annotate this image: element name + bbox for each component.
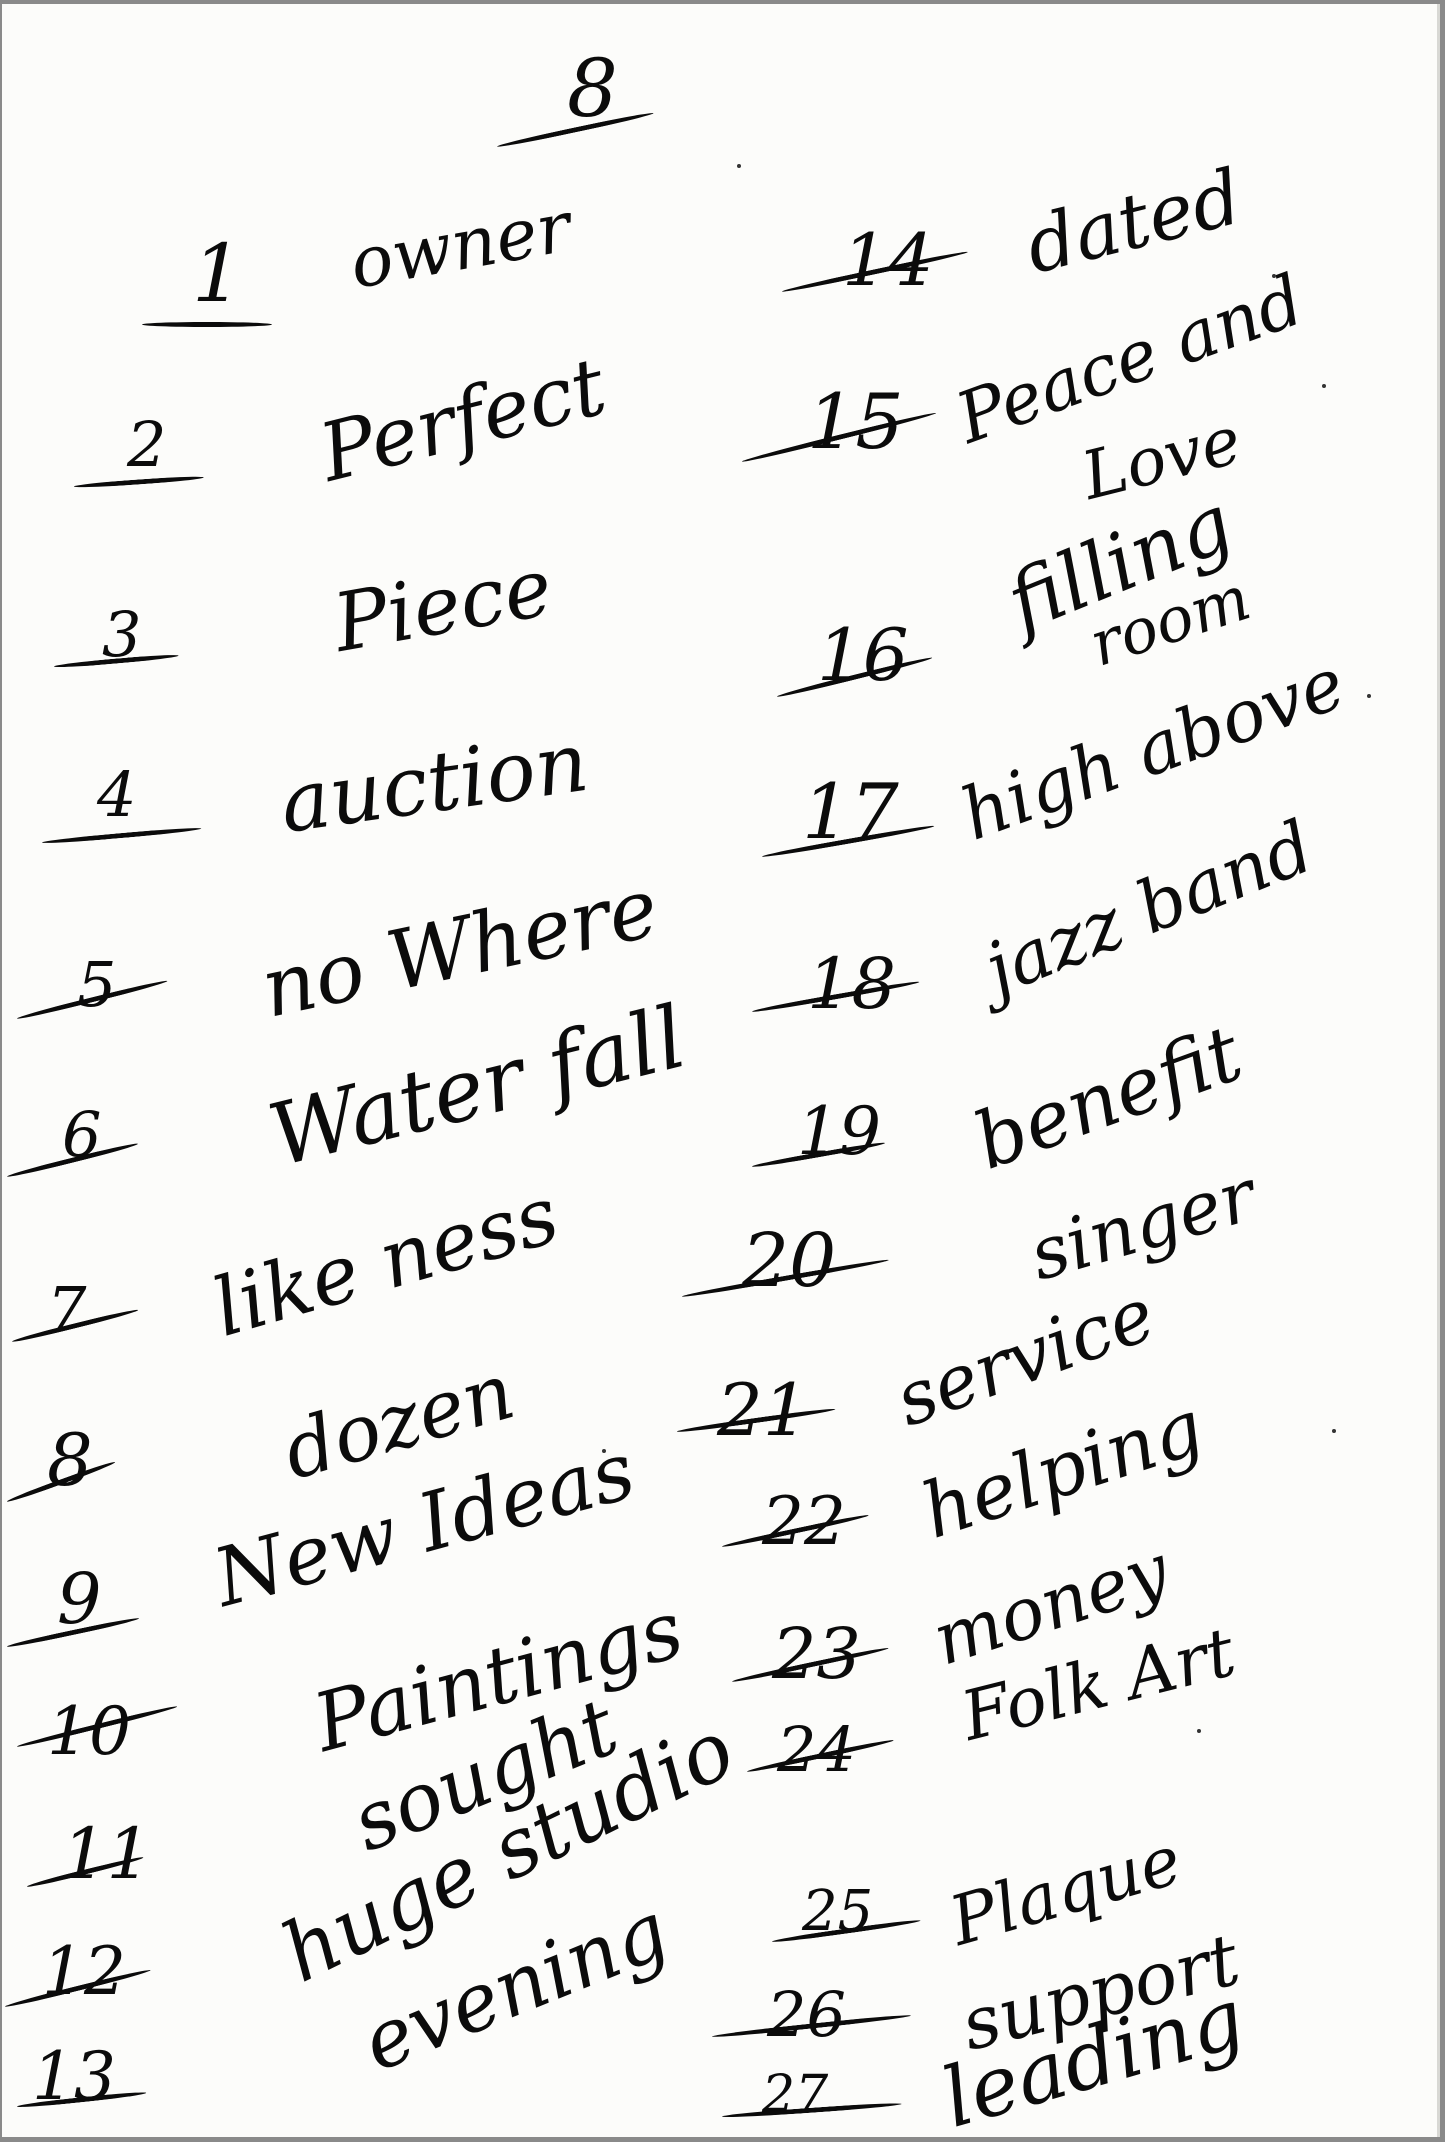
item-number-26: 26 — [767, 1984, 846, 2046]
item-word-2: Perfect — [313, 346, 613, 494]
item-word-4: auction — [276, 722, 593, 846]
item-word-7: like ness — [205, 1175, 567, 1349]
scan-speck — [737, 164, 741, 168]
item-word-1: owner — [345, 192, 576, 299]
item-number-9: 9 — [57, 1564, 102, 1634]
scan-speck — [1197, 1729, 1201, 1733]
item-word-14: dated — [1019, 158, 1249, 285]
item-word-20: singer — [1022, 1159, 1262, 1291]
scan-speck — [1272, 274, 1276, 278]
scan-speck — [1322, 384, 1326, 388]
page-number: 8 — [567, 49, 618, 129]
item-number-5: 5 — [77, 954, 116, 1016]
scan-speck — [1367, 694, 1371, 698]
item-1-underline — [142, 322, 272, 327]
handwritten-page: 8 1 owner 2 Perfect 3 Piece 4 auction 5 … — [2, 4, 1440, 2137]
item-number-1: 1 — [192, 234, 243, 314]
item-word-18: jazz band — [975, 810, 1322, 1006]
item-number-21: 21 — [717, 1374, 809, 1446]
item-word-3: Piece — [328, 547, 557, 664]
item-number-20: 20 — [742, 1224, 836, 1298]
item-number-4: 4 — [97, 764, 136, 826]
item-number-10: 10 — [47, 1699, 131, 1765]
scan-speck — [1332, 1429, 1336, 1433]
item-word-19: benefit — [965, 1014, 1251, 1182]
scan-speck — [602, 1449, 606, 1453]
item-number-18: 18 — [807, 949, 896, 1019]
item-number-2: 2 — [127, 414, 166, 476]
item-number-11: 11 — [62, 1819, 151, 1889]
